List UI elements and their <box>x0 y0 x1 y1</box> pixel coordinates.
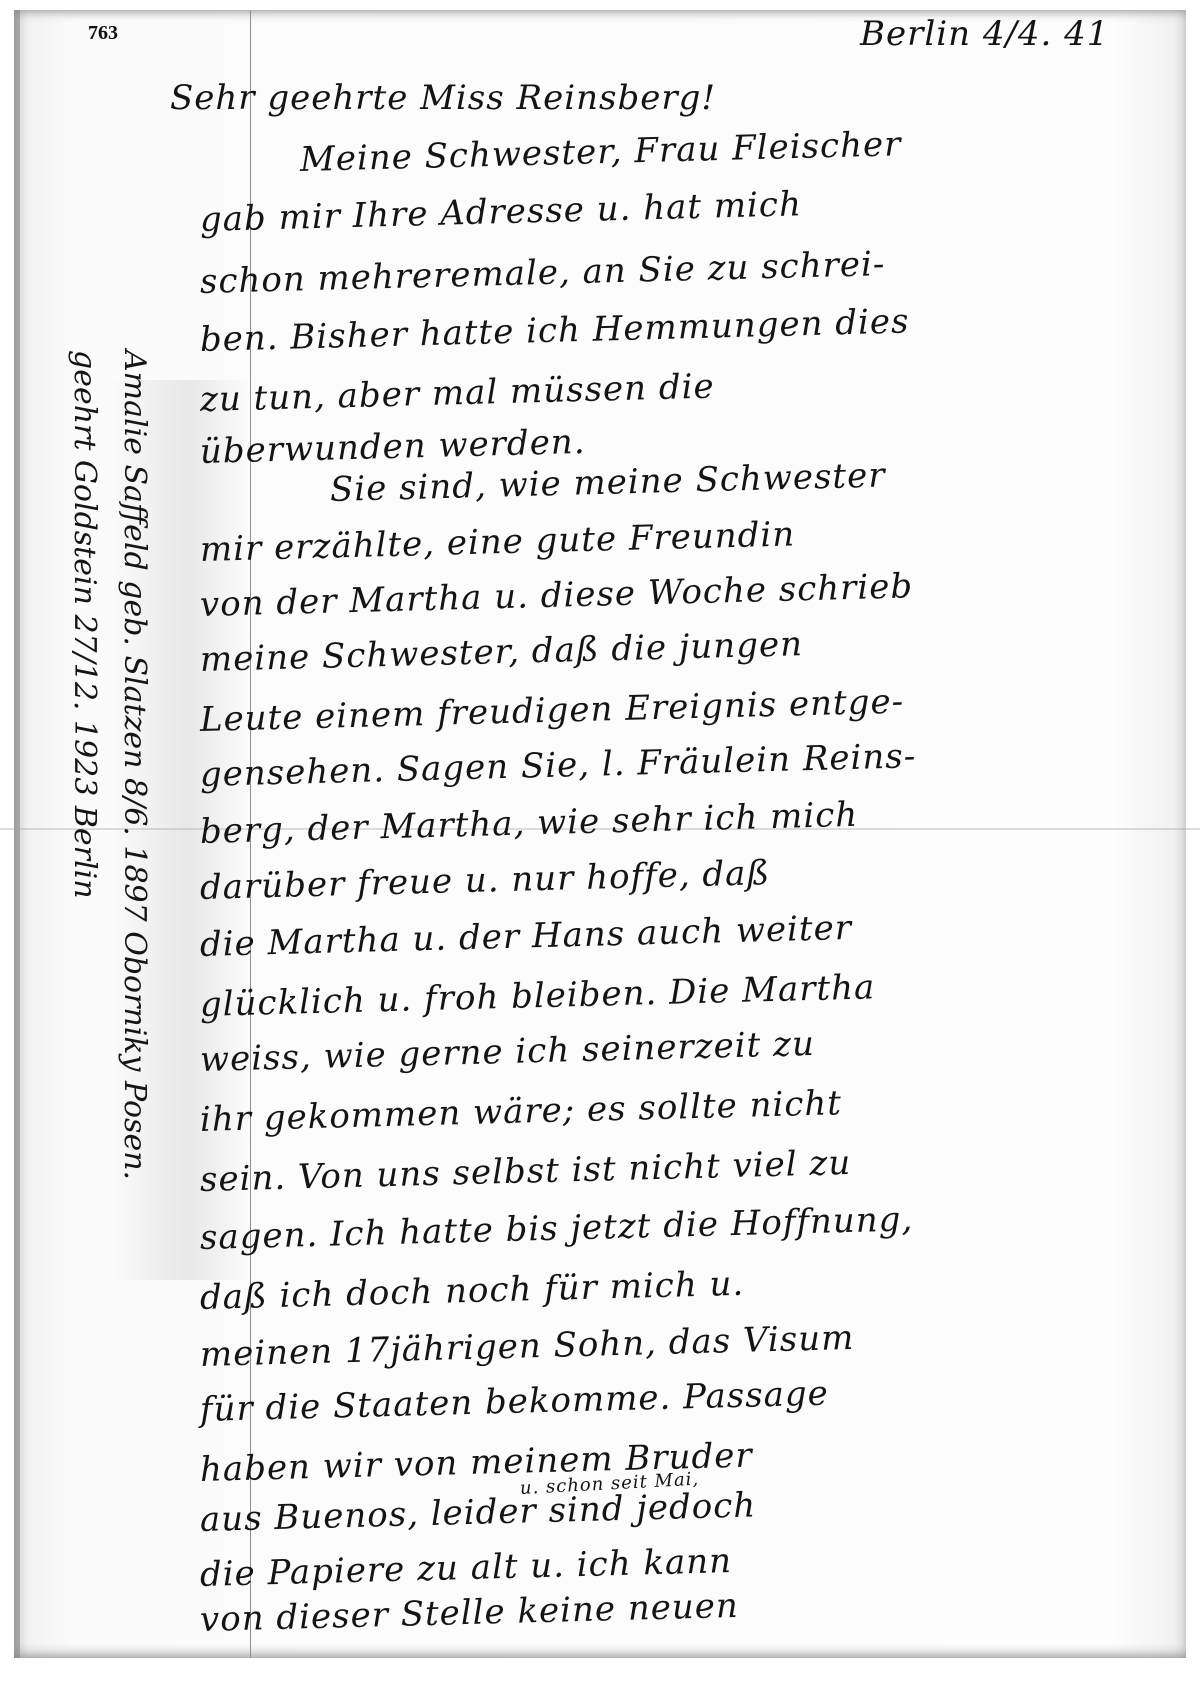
salutation: Sehr geehrte Miss Reinsberg! <box>170 78 716 118</box>
place-date: Berlin 4/4. 41 <box>860 14 1109 54</box>
margin-annotation-2: geehrt Goldstein 27/12. 1923 Berlin <box>67 350 102 899</box>
archive-number: 763 <box>88 22 118 45</box>
margin-annotation-1: Amalie Saffeld geb. Slatzen 8/6. 1897 Ob… <box>117 350 152 1180</box>
